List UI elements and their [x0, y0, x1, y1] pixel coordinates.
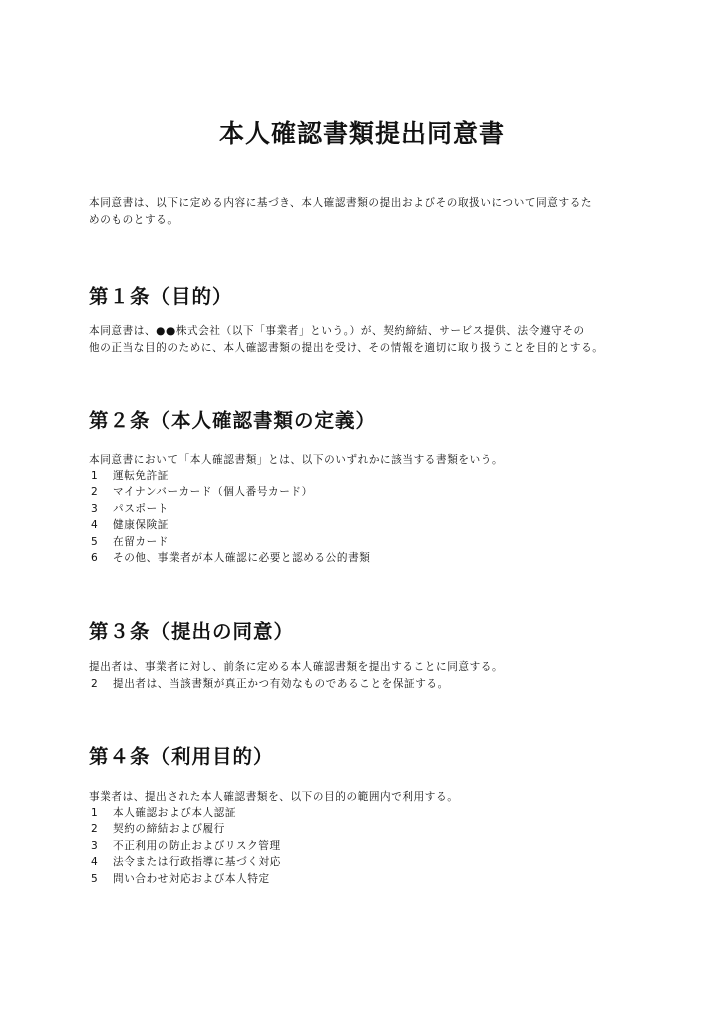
- item-number: 4: [89, 517, 113, 533]
- article-1-body: 本同意書は、●●株式会社（以下「事業者」という。）が、契約締結、サービス提供、法…: [89, 323, 649, 356]
- article-2-body: 本同意書において「本人確認書類」とは、以下のいずれかに該当する書類をいう。: [89, 452, 649, 469]
- item-text: 提出者は、当該書類が真正かつ有効なものであることを保証する。: [113, 676, 449, 692]
- article-1-line-2: 他の正当な目的のために、本人確認書類の提出を受け、その情報を適切に取り扱うことを…: [89, 340, 649, 357]
- item-text: マイナンバーカード（個人番号カード）: [113, 484, 313, 500]
- item-number: 2: [89, 484, 113, 500]
- list-item: 5問い合わせ対応および本人特定: [89, 871, 649, 887]
- article-4-body: 事業者は、提出された本人確認書類を、以下の目的の範囲内で利用する。: [89, 789, 649, 806]
- article-3-list: 2提出者は、当該書類が真正かつ有効なものであることを保証する。: [89, 676, 649, 692]
- item-text: 運転免許証: [113, 468, 169, 484]
- article-4-heading: 第４条（利用目的）: [89, 744, 274, 770]
- item-text: 本人確認および本人認証: [113, 805, 236, 821]
- item-text: 法令または行政指導に基づく対応: [113, 854, 281, 870]
- article-1-line-1: 本同意書は、●●株式会社（以下「事業者」という。）が、契約締結、サービス提供、法…: [89, 323, 649, 340]
- article-1-heading: 第１条（目的）: [89, 284, 233, 310]
- list-item: 3パスポート: [89, 501, 649, 517]
- item-number: 5: [89, 534, 113, 550]
- item-text: 在留カード: [113, 534, 169, 550]
- list-item: 5在留カード: [89, 534, 649, 550]
- article-3-body: 提出者は、事業者に対し、前条に定める本人確認書類を提出することに同意する。: [89, 659, 649, 676]
- list-item: 2提出者は、当該書類が真正かつ有効なものであることを保証する。: [89, 676, 649, 692]
- item-text: パスポート: [113, 501, 169, 517]
- item-number: 2: [89, 821, 113, 837]
- article-2-list: 1運転免許証 2マイナンバーカード（個人番号カード） 3パスポート 4健康保険証…: [89, 468, 649, 566]
- intro-paragraph: 本同意書は、以下に定める内容に基づき、本人確認書類の提出およびその取扱いについて…: [89, 195, 649, 228]
- item-number: 1: [89, 468, 113, 484]
- list-item: 4健康保険証: [89, 517, 649, 533]
- item-number: 3: [89, 838, 113, 854]
- list-item: 6その他、事業者が本人確認に必要と認める公的書類: [89, 550, 649, 566]
- intro-line-1: 本同意書は、以下に定める内容に基づき、本人確認書類の提出およびその取扱いについて…: [89, 195, 649, 212]
- article-3-heading: 第３条（提出の同意）: [89, 619, 294, 645]
- item-text: 健康保険証: [113, 517, 169, 533]
- item-text: その他、事業者が本人確認に必要と認める公的書類: [113, 550, 370, 566]
- list-item: 3不正利用の防止およびリスク管理: [89, 838, 649, 854]
- item-number: 3: [89, 501, 113, 517]
- item-number: 2: [89, 676, 113, 692]
- item-number: 6: [89, 550, 113, 566]
- item-number: 4: [89, 854, 113, 870]
- item-text: 不正利用の防止およびリスク管理: [113, 838, 281, 854]
- list-item: 2契約の締結および履行: [89, 821, 649, 837]
- item-text: 問い合わせ対応および本人特定: [113, 871, 270, 887]
- article-4-list: 1本人確認および本人認証 2契約の締結および履行 3不正利用の防止およびリスク管…: [89, 805, 649, 887]
- article-2-heading: 第２条（本人確認書類の定義）: [89, 408, 376, 434]
- list-item: 1運転免許証: [89, 468, 649, 484]
- intro-line-2: めのものとする。: [89, 212, 649, 229]
- list-item: 1本人確認および本人認証: [89, 805, 649, 821]
- list-item: 4法令または行政指導に基づく対応: [89, 854, 649, 870]
- document-title: 本人確認書類提出同意書: [0, 117, 724, 151]
- list-item: 2マイナンバーカード（個人番号カード）: [89, 484, 649, 500]
- item-number: 1: [89, 805, 113, 821]
- item-text: 契約の締結および履行: [113, 821, 225, 837]
- item-number: 5: [89, 871, 113, 887]
